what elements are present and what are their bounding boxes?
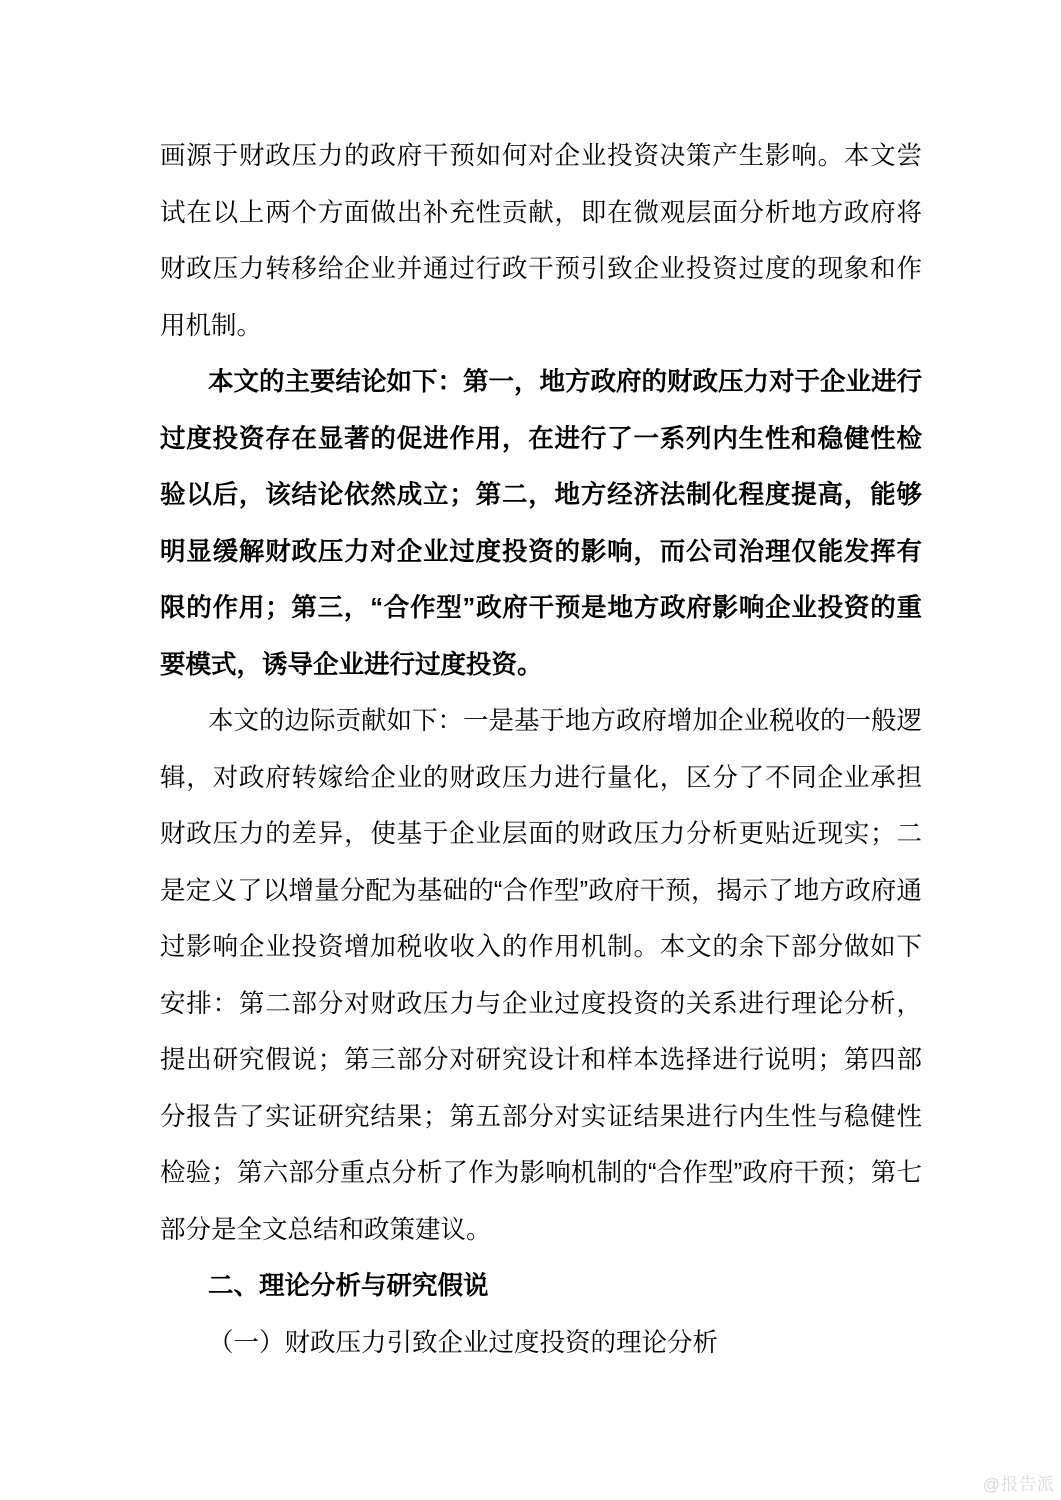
section-heading: 二、理论分析与研究假说 xyxy=(160,1258,922,1315)
watermark: @报告派 xyxy=(983,1470,1055,1495)
body-paragraph-continuation: 画源于财政压力的政府干预如何对企业投资决策产生影响。本文尝试在以上两个方面做出补… xyxy=(160,128,922,354)
subsection-heading: （一）财政压力引致企业过度投资的理论分析 xyxy=(160,1315,922,1372)
body-paragraph-marginal-contributions: 本文的边际贡献如下：一是基于地方政府增加企业税收的一般逻辑，对政府转嫁给企业的财… xyxy=(160,693,922,1258)
body-paragraph-main-conclusions: 本文的主要结论如下：第一，地方政府的财政压力对于企业进行过度投资存在显著的促进作… xyxy=(160,354,922,693)
document-page: 画源于财政压力的政府干预如何对企业投资决策产生影响。本文尝试在以上两个方面做出补… xyxy=(0,0,1061,1500)
page-content: 画源于财政压力的政府干预如何对企业投资决策产生影响。本文尝试在以上两个方面做出补… xyxy=(160,128,922,1371)
